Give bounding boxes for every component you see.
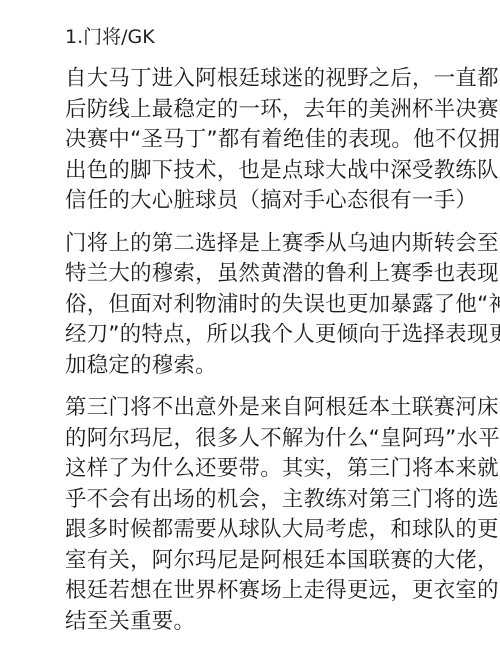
text-line: 的阿尔玛尼，很多人不解为什么“皇阿玛”水平都: [65, 424, 440, 455]
text-line: 第三门将不出意外是来自阿根廷本土联赛河床队: [65, 393, 440, 424]
text-line: 这样了为什么还要带。其实，第三门将本来就几: [65, 454, 440, 485]
section-heading: 1.门将/GK: [65, 22, 440, 52]
text-line: 结至关重要。: [65, 607, 440, 638]
text-line: 室有关，阿尔玛尼是阿根廷本国联赛的大佬，阿: [65, 546, 440, 577]
paragraph-2: 门将上的第二选择是上赛季从乌迪内斯转会至亚 特兰大的穆索，虽然黄潜的鲁利上赛季也…: [65, 229, 440, 382]
text-line: 经刀”的特点，所以我个人更倾向于选择表现更: [65, 320, 440, 351]
text-line: 信任的大心脏球员（搞对手心态很有一手）: [65, 186, 440, 217]
text-line: 出色的脚下技术，也是点球大战中深受教练队友: [65, 156, 440, 187]
text-line: 加稳定的穆索。: [65, 351, 440, 382]
text-line: 跟多时候都需要从球队大局考虑，和球队的更衣: [65, 515, 440, 546]
text-line: 根廷若想在世界杯赛场上走得更远，更衣室的团: [65, 576, 440, 607]
text-line: 后防线上最稳定的一环，去年的美洲杯半决赛和: [65, 95, 440, 126]
text-line: 特兰大的穆索，虽然黄潜的鲁利上赛季也表现不: [65, 259, 440, 290]
text-line: 自大马丁进入阿根廷球迷的视野之后，一直都是: [65, 64, 440, 95]
paragraph-3: 第三门将不出意外是来自阿根廷本土联赛河床队 的阿尔玛尼，很多人不解为什么“皇阿玛…: [65, 393, 440, 637]
text-line: 俗，但面对利物浦时的失误也更加暴露了他“神: [65, 290, 440, 321]
text-line: 门将上的第二选择是上赛季从乌迪内斯转会至亚: [65, 229, 440, 260]
text-line: 决赛中“圣马丁”都有着绝佳的表现。他不仅拥有: [65, 125, 440, 156]
paragraph-1: 自大马丁进入阿根廷球迷的视野之后，一直都是 后防线上最稳定的一环，去年的美洲杯半…: [65, 64, 440, 217]
text-line: 乎不会有出场的机会，主教练对第三门将的选用: [65, 485, 440, 516]
article: 1.门将/GK 自大马丁进入阿根廷球迷的视野之后，一直都是 后防线上最稳定的一环…: [65, 22, 440, 649]
